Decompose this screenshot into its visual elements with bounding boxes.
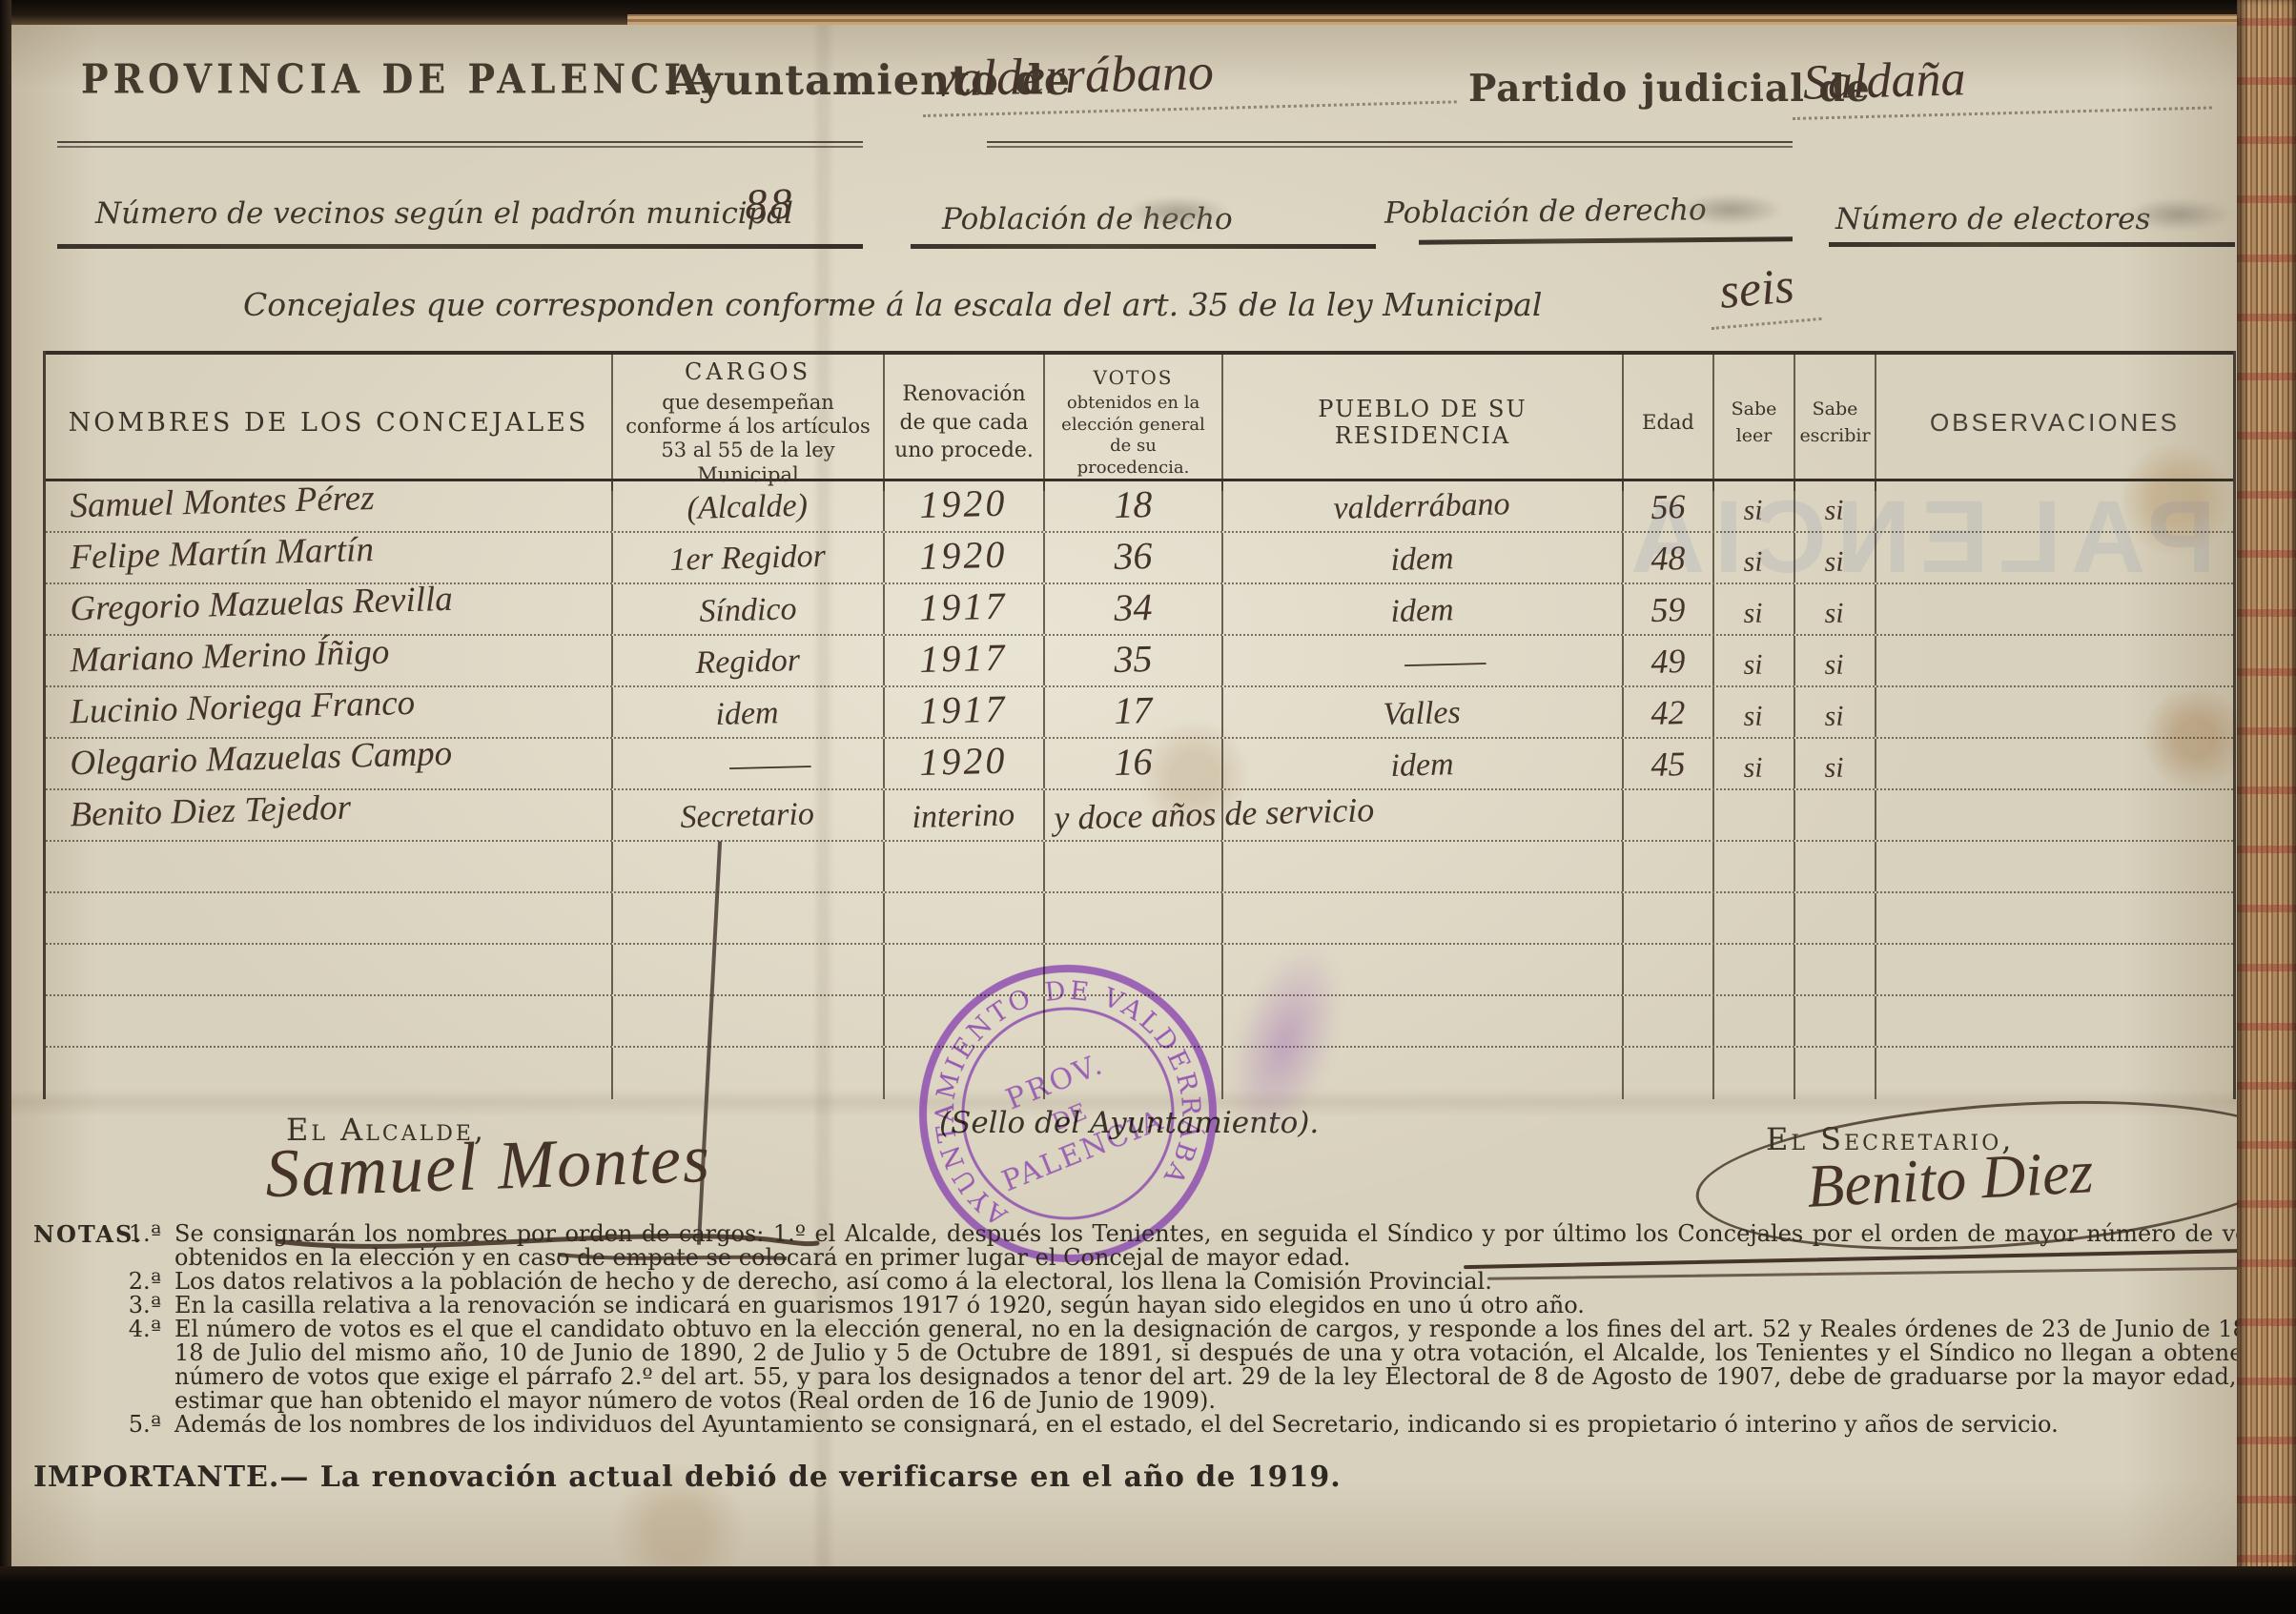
page-edge-top — [0, 0, 2296, 25]
scanned-document: PALENCIA PROVINCIA DE PALENCIA Ayuntamie… — [0, 0, 2296, 1614]
cell-edad: 59 — [1650, 589, 1685, 630]
divider-right — [987, 141, 1793, 148]
cell-pueblo-ditto-mark: — — [1401, 644, 1488, 682]
cell-sabe-leer: si — [1744, 648, 1764, 682]
table-row: Felipe Martín Martín 1er Regidor 1920 36… — [46, 533, 2233, 584]
note-number: 2.ª — [125, 1270, 174, 1294]
pencil-mark — [1125, 196, 1230, 229]
cell-votos-anotacion: y doce años de servicio — [1054, 789, 1375, 838]
column-header-nombres: NOMBRES DE LOS CONCEJALES — [46, 355, 613, 491]
note-item: 2.ª Los datos relativos a la población d… — [125, 1270, 2284, 1294]
column-header-edad: Edad — [1624, 355, 1714, 491]
concejales-escala-label: Concejales que corresponden conforme á l… — [243, 286, 1542, 323]
cell-votos: 36 — [1113, 533, 1152, 579]
cell-pueblo: idem — [1390, 541, 1454, 579]
cell-nombre: Mariano Merino Íñigo — [45, 632, 390, 682]
note-item: 3.ª En la casilla relativa a la renovaci… — [125, 1294, 2284, 1318]
divider-stats-4 — [1829, 242, 2235, 247]
cell-sabe-leer — [1714, 790, 1795, 840]
cell-sabe-escribir: si — [1825, 751, 1845, 785]
vecinos-value: 88 — [745, 178, 795, 230]
cell-pueblo: Valles — [1383, 695, 1461, 733]
note-number: 3.ª — [125, 1294, 174, 1318]
note-number: 5.ª — [125, 1413, 174, 1437]
cell-edad: 45 — [1650, 744, 1685, 785]
cell-renovacion: 1917 — [919, 635, 1008, 682]
page-edge-bottom — [0, 1566, 2296, 1614]
pencil-mark — [1678, 194, 1783, 226]
municipality-value: valderrábano — [921, 35, 1457, 117]
cell-sabe-leer: si — [1744, 597, 1764, 630]
cell-observaciones — [1876, 790, 2233, 840]
poblacion-derecho-label: Población de derecho — [1384, 193, 1707, 231]
notes-title: NOTAS. — [33, 1222, 143, 1246]
table-row: Mariano Merino Íñigo Regidor 1917 35 — 4… — [46, 636, 2233, 687]
cell-nombre: Samuel Montes Pérez — [45, 478, 375, 527]
column-header-sabe-escribir: Sabe escribir — [1795, 355, 1876, 491]
votos-title: VOTOS — [1094, 366, 1174, 389]
cell-edad — [1624, 790, 1714, 840]
cell-sabe-escribir: si — [1825, 648, 1845, 682]
stamp-center-line: PROV. — [1001, 1048, 1109, 1117]
cell-votos: 18 — [1113, 481, 1152, 527]
column-header-renovacion: Renovación de que cada uno procede. — [885, 355, 1045, 491]
cell-sabe-escribir: si — [1825, 597, 1845, 630]
electores-label: Número de electores — [1835, 202, 2150, 236]
vecinos-label: Número de vecinos según el padrón munici… — [95, 196, 793, 231]
cell-renovacion: 1917 — [919, 583, 1008, 630]
cell-edad: 48 — [1650, 538, 1685, 579]
cell-cargo: 1er Regidor — [669, 539, 826, 579]
cargos-subtitle: que desempeñan conforme á los artículos … — [621, 391, 875, 487]
votos-subtitle: obtenidos en la elección general de su p… — [1053, 393, 1214, 479]
alcalde-signature: Samuel Montes — [264, 1119, 713, 1214]
note-number: 4.ª — [125, 1318, 174, 1413]
cell-sabe-escribir: si — [1825, 494, 1845, 527]
cell-votos: 35 — [1113, 636, 1152, 682]
column-header-votos: VOTOS obtenidos en la elección general d… — [1045, 355, 1223, 491]
note-text: Se consignarán los nombres por orden de … — [174, 1222, 2284, 1270]
importante-label: IMPORTANTE. — [33, 1461, 279, 1494]
cell-renovacion: 1917 — [919, 686, 1008, 733]
cell-sabe-escribir — [1795, 790, 1876, 840]
cell-sabe-leer: si — [1744, 494, 1764, 527]
cell-nombre: Felipe Martín Martín — [45, 529, 375, 579]
cell-nombre: Benito Diez Tejedor — [45, 787, 352, 836]
pencil-mark — [2126, 198, 2231, 231]
cell-pueblo: idem — [1390, 746, 1454, 785]
note-item: 5.ª Además de los nombres de los individ… — [125, 1413, 2284, 1437]
cell-pueblo: valderrábano — [1333, 486, 1510, 527]
note-item: 4.ª El número de votos es el que el cand… — [125, 1318, 2284, 1413]
cell-observaciones — [1876, 481, 2233, 531]
table-row: Olegario Mazuelas Campo — 1920 16 idem 4… — [46, 739, 2233, 790]
cell-cargo: Regidor — [695, 643, 801, 682]
column-header-sabe-leer: Sabe leer — [1714, 355, 1795, 491]
province-title: PROVINCIA DE PALENCIA — [81, 55, 719, 103]
cell-votos: 34 — [1113, 584, 1152, 630]
cell-cargo: idem — [715, 695, 779, 733]
cell-observaciones — [1876, 739, 2233, 788]
cell-edad: 49 — [1650, 641, 1685, 682]
cell-observaciones — [1876, 533, 2233, 582]
notes-section: NOTAS. 1.ª Se consignarán los nombres po… — [33, 1222, 2284, 1437]
cargos-title: CARGOS — [685, 358, 811, 385]
table-header-row: NOMBRES DE LOS CONCEJALES CARGOS que des… — [46, 351, 2233, 481]
concejales-escala-value: seis — [1706, 255, 1821, 330]
cell-votos: 16 — [1113, 739, 1152, 785]
cell-renovacion: 1920 — [919, 532, 1008, 579]
cell-renovacion: 1920 — [919, 480, 1008, 527]
table-row-secretario: Benito Diez Tejedor Secretario interino … — [46, 790, 2233, 842]
column-header-cargos: CARGOS que desempeñan conforme á los art… — [613, 355, 885, 491]
divider-stats-2 — [911, 244, 1376, 249]
divider-stats-1 — [57, 244, 863, 249]
divider-stats-3 — [1419, 236, 1793, 244]
book-fore-edge — [2237, 0, 2296, 1614]
cell-nombre: Lucinio Noriega Franco — [45, 683, 416, 733]
cell-sabe-leer: si — [1744, 751, 1764, 785]
table-row: Gregorio Mazuelas Revilla Síndico 1917 3… — [46, 584, 2233, 636]
note-text: En la casilla relativa a la renovación s… — [174, 1294, 2284, 1318]
cell-nombre: Olegario Mazuelas Campo — [45, 733, 453, 785]
cell-cargo: Síndico — [699, 591, 797, 630]
stamp-center-line: DE — [1048, 1098, 1091, 1136]
importante-note: IMPORTANTE.— La renovación actual debió … — [33, 1461, 1342, 1494]
cell-cargo: Secretario — [680, 796, 814, 836]
divider-left — [57, 141, 863, 148]
cell-nombre: Gregorio Mazuelas Revilla — [45, 579, 453, 630]
note-text: Los datos relativos a la población de he… — [174, 1270, 2284, 1294]
cell-edad: 42 — [1650, 692, 1685, 733]
note-text: El número de votos es el que el candidat… — [174, 1318, 2284, 1413]
column-header-pueblo: PUEBLO DE SU RESIDENCIA — [1223, 355, 1624, 491]
table-row: Lucinio Noriega Franco idem 1917 17 Vall… — [46, 687, 2233, 739]
cell-renovacion: 1920 — [919, 738, 1008, 785]
note-text: Además de los nombres de los individuos … — [174, 1413, 2284, 1437]
importante-text: — La renovación actual debió de verifica… — [279, 1461, 1341, 1494]
cell-observaciones — [1876, 636, 2233, 685]
cell-cargo: (Alcalde) — [687, 488, 808, 527]
cell-sabe-escribir: si — [1825, 545, 1845, 579]
cell-cargo-ditto-mark: — — [727, 746, 814, 785]
cell-observaciones — [1876, 584, 2233, 634]
table-row-empty — [46, 842, 2233, 893]
judicial-district-value: Saldaña — [1791, 45, 2212, 120]
cell-sabe-leer: si — [1744, 545, 1764, 579]
cell-sabe-leer: si — [1744, 700, 1764, 733]
page-edge-left — [0, 0, 11, 1614]
cell-renovacion: interino — [912, 797, 1015, 836]
column-header-observaciones: OBSERVACIONES — [1876, 355, 2233, 491]
note-item: 1.ª Se consignarán los nombres por orden… — [125, 1222, 2284, 1270]
table-row: Samuel Montes Pérez (Alcalde) 1920 18 va… — [46, 481, 2233, 533]
cell-pueblo: idem — [1390, 592, 1454, 630]
cell-sabe-escribir: si — [1825, 700, 1845, 733]
cell-votos: 17 — [1113, 687, 1152, 733]
cell-edad: 56 — [1650, 486, 1685, 527]
cell-observaciones — [1876, 687, 2233, 737]
